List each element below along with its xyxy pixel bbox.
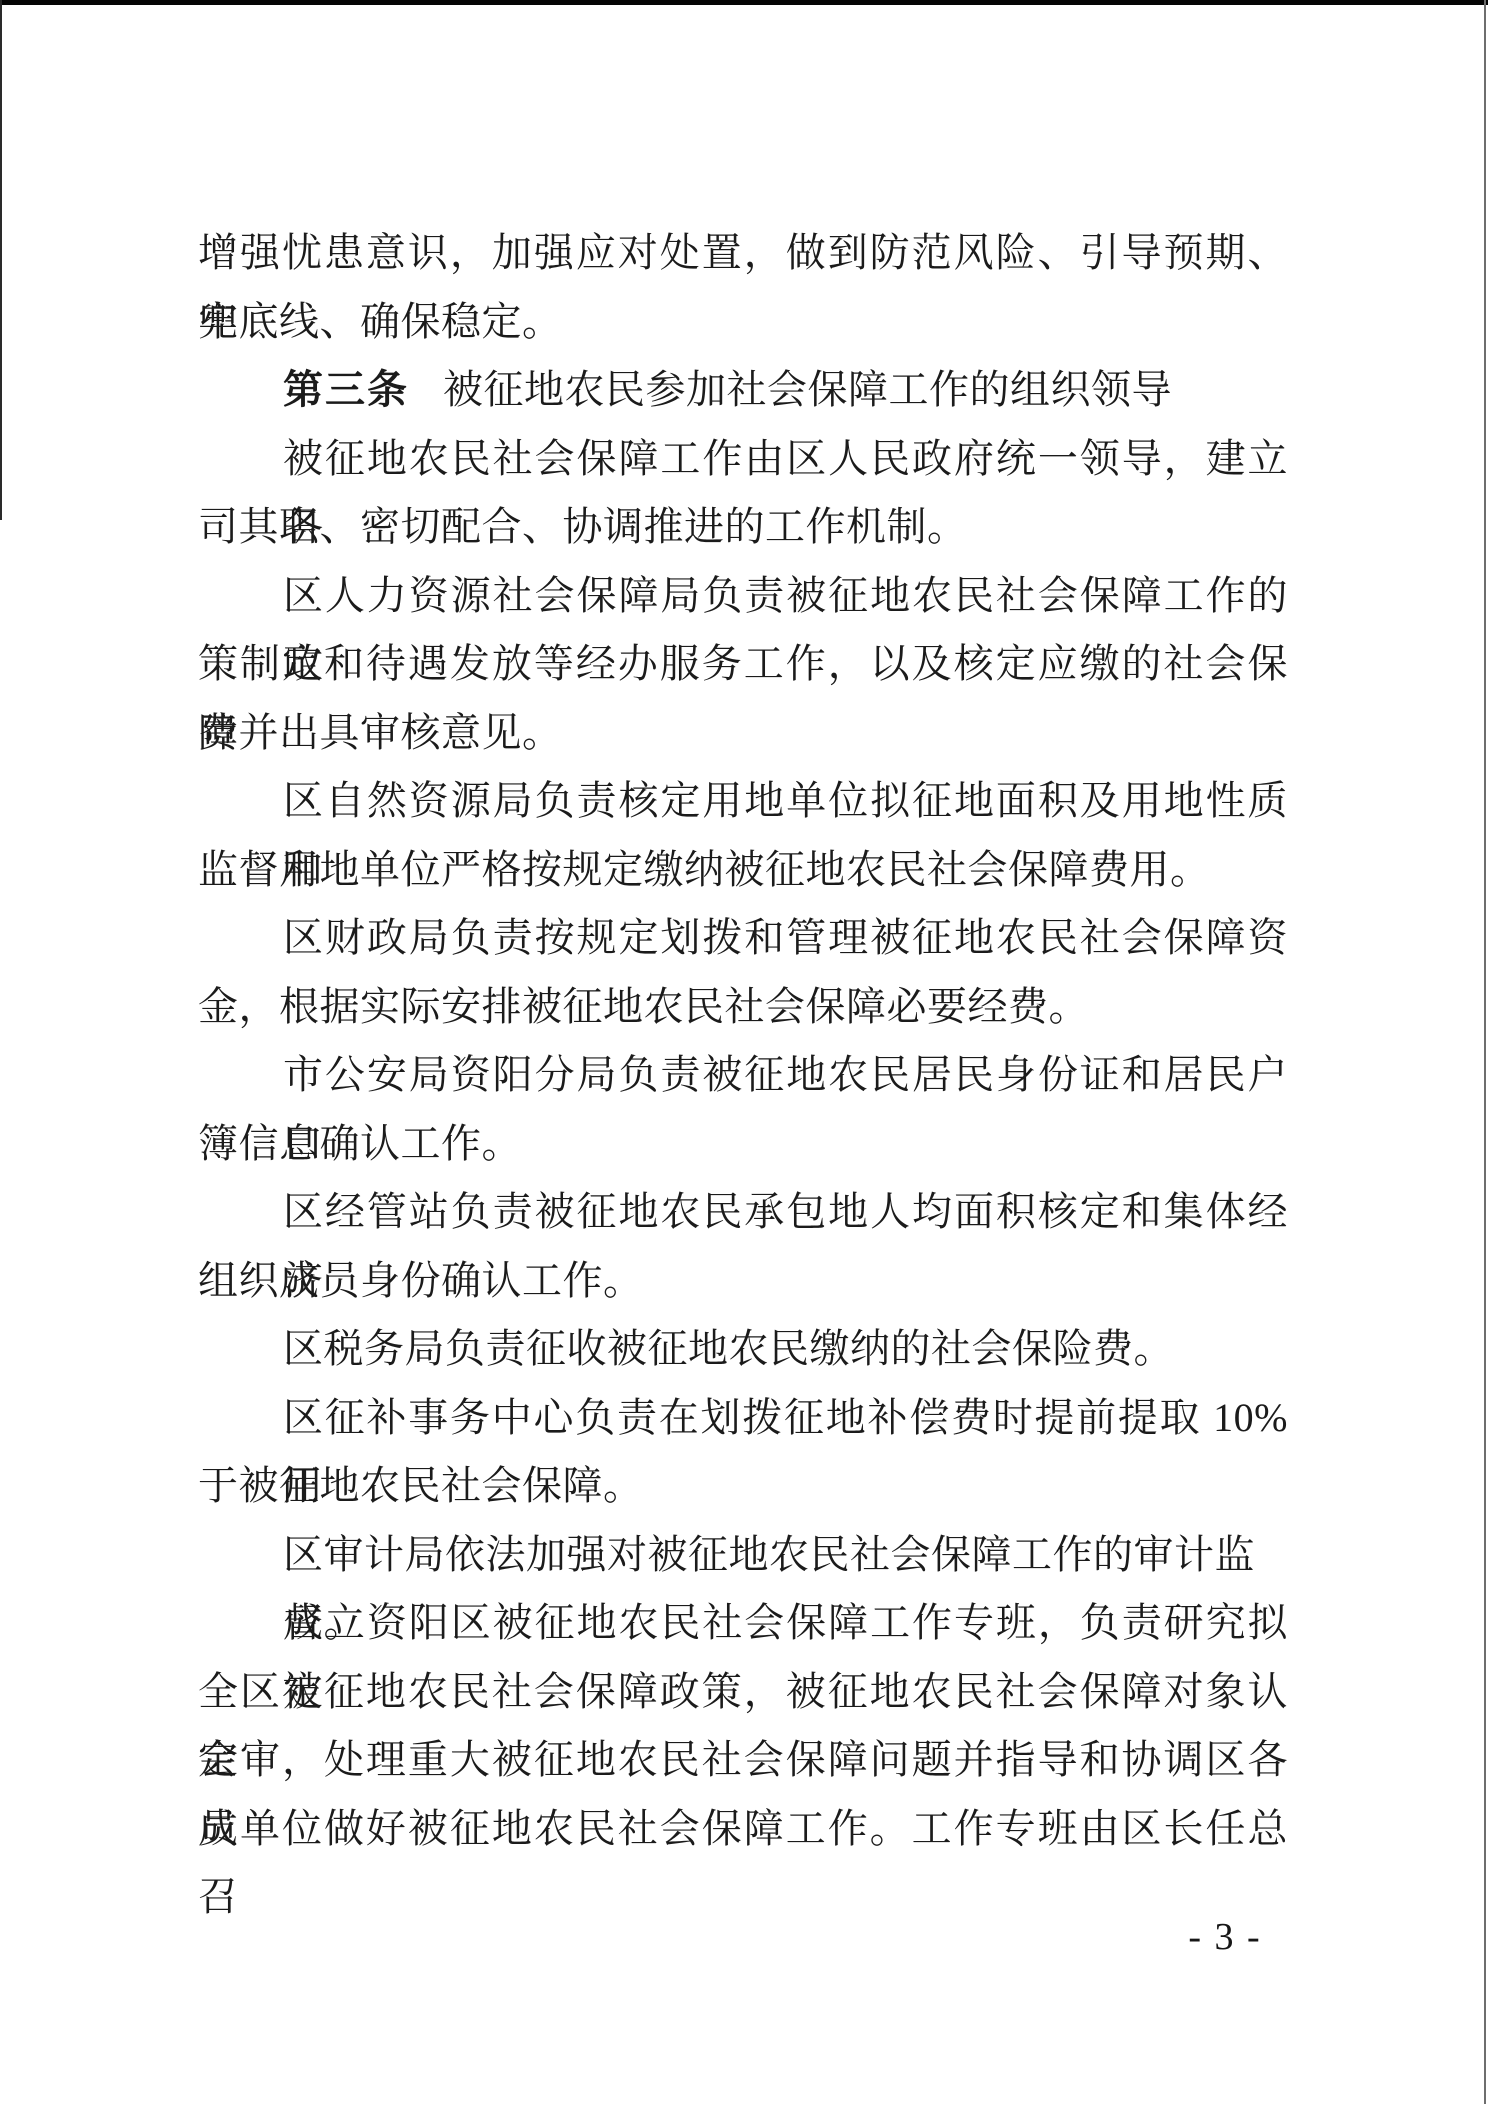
text-line: 区人力资源社会保障局负责被征地农民社会保障工作的政 [198,562,1288,631]
text-line: 司其职、密切配合、协调推进的工作机制。 [198,493,1288,562]
document-page: 增强忧患意识，加强应对处置，做到防范风险、引导预期、兜牢底线、确保稳定。第三条被… [0,0,1488,2104]
text-line: 簿信息确认工作。 [198,1110,1288,1179]
scan-edge-right [1484,0,1486,2104]
text-line: 区经管站负责被征地农民承包地人均面积核定和集体经济 [198,1178,1288,1247]
page-number: - 3 - [1160,1912,1290,1962]
text-line: 第三条被征地农民参加社会保障工作的组织领导 [198,356,1288,425]
scan-edge-left [0,0,2,520]
document-text-block: 增强忧患意识，加强应对处置，做到防范风险、引导预期、兜牢底线、确保稳定。第三条被… [198,219,1288,1863]
text-line: 策制定和待遇发放等经办服务工作，以及核定应缴的社会保障 [198,630,1288,699]
text-line: 牢底线、确保稳定。 [198,288,1288,357]
text-line: 区税务局负责征收被征地农民缴纳的社会保险费。 [198,1315,1288,1384]
text-line: 区审计局依法加强对被征地农民社会保障工作的审计监督。 [198,1521,1288,1590]
text-line: 被征地农民社会保障工作由区人民政府统一领导，建立各 [198,425,1288,494]
text-line: 金，根据实际安排被征地农民社会保障必要经费。 [198,973,1288,1042]
text-line: 区征补事务中心负责在划拨征地补偿费时提前提取 10%用 [198,1384,1288,1453]
article-heading-text: 被征地农民参加社会保障工作的组织领导 [443,367,1172,412]
text-line: 于被征地农民社会保障。 [198,1452,1288,1521]
text-line: 监督用地单位严格按规定缴纳被征地农民社会保障费用。 [198,836,1288,905]
text-line: 全区被征地农民社会保障政策，被征地农民社会保障对象认定 [198,1658,1288,1727]
text-line: 会审，处理重大被征地农民社会保障问题并指导和协调区各成 [198,1726,1288,1795]
text-line: 市公安局资阳分局负责被征地农民居民身份证和居民户口 [198,1041,1288,1110]
text-line: 增强忧患意识，加强应对处置，做到防范风险、引导预期、兜 [198,219,1288,288]
scan-edge-top [0,0,1488,5]
text-line: 成立资阳区被征地农民社会保障工作专班，负责研究拟定 [198,1589,1288,1658]
text-line: 费并出具审核意见。 [198,699,1288,768]
text-line: 区财政局负责按规定划拨和管理被征地农民社会保障资 [198,904,1288,973]
text-line: 区自然资源局负责核定用地单位拟征地面积及用地性质和 [198,767,1288,836]
text-line: 组织成员身份确认工作。 [198,1247,1288,1316]
text-line: 员单位做好被征地农民社会保障工作。工作专班由区长任总召 [198,1795,1288,1864]
article-number-bold: 第三条 [283,368,409,412]
